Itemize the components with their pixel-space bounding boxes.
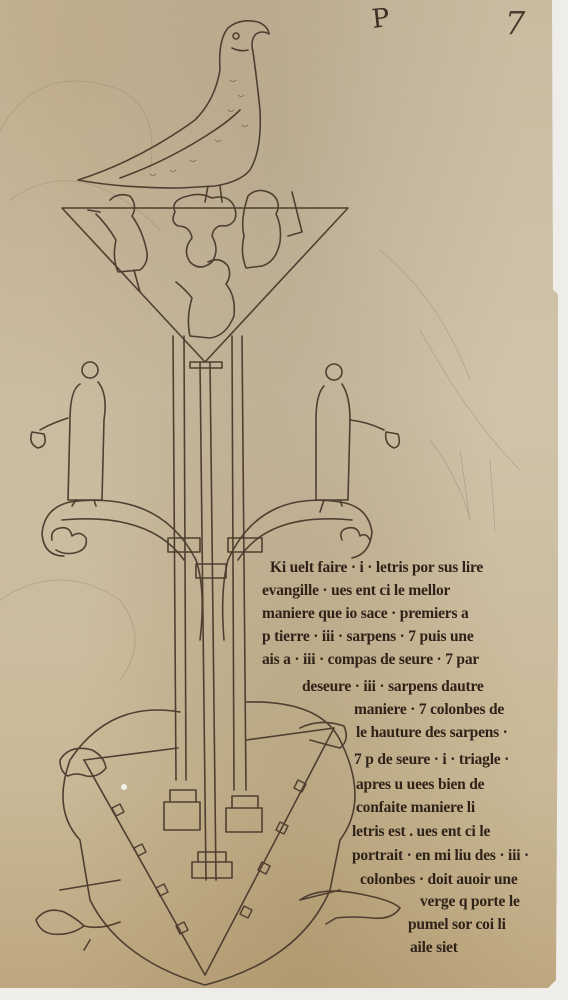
text-line: deseure · iii · sarpens dautre: [302, 675, 484, 698]
text-line: pumel sor coi li: [408, 913, 506, 936]
text-line: verge q porte le: [420, 890, 520, 913]
text-line: portrait · en mi liu des · iii ·: [352, 844, 529, 867]
text-line: letris est . ues ent ci le: [352, 820, 490, 843]
text-line: p tierre · iii · sarpens · 7 puis une: [262, 625, 474, 648]
text-line: maniere que io sace · premiers a: [262, 602, 469, 625]
base-triangle-drawing: [36, 702, 400, 985]
text-line: colonbes · doit auoir une: [360, 868, 518, 891]
text-line: Ki uelt faire · i · letris por sus lire: [270, 556, 483, 579]
text-line: maniere · 7 colonbes de: [354, 698, 504, 721]
text-line: apres u uees bien de: [356, 773, 484, 796]
angel-left-drawing: [31, 362, 105, 506]
evangelist-triangle-drawing: [62, 190, 348, 362]
text-line: evangille · ues ent ci le mellor: [262, 579, 450, 602]
eagle-drawing: [78, 21, 269, 202]
angel-right-drawing: [316, 364, 399, 512]
text-line: confaite maniere li: [356, 796, 475, 819]
text-line: 7 p de seure · i · triagle ·: [354, 748, 509, 771]
text-line: ais a · iii · compas de seure · 7 par: [262, 648, 479, 671]
text-line: aile siet: [410, 936, 458, 959]
text-line: le hauture des sarpens ·: [356, 721, 508, 744]
